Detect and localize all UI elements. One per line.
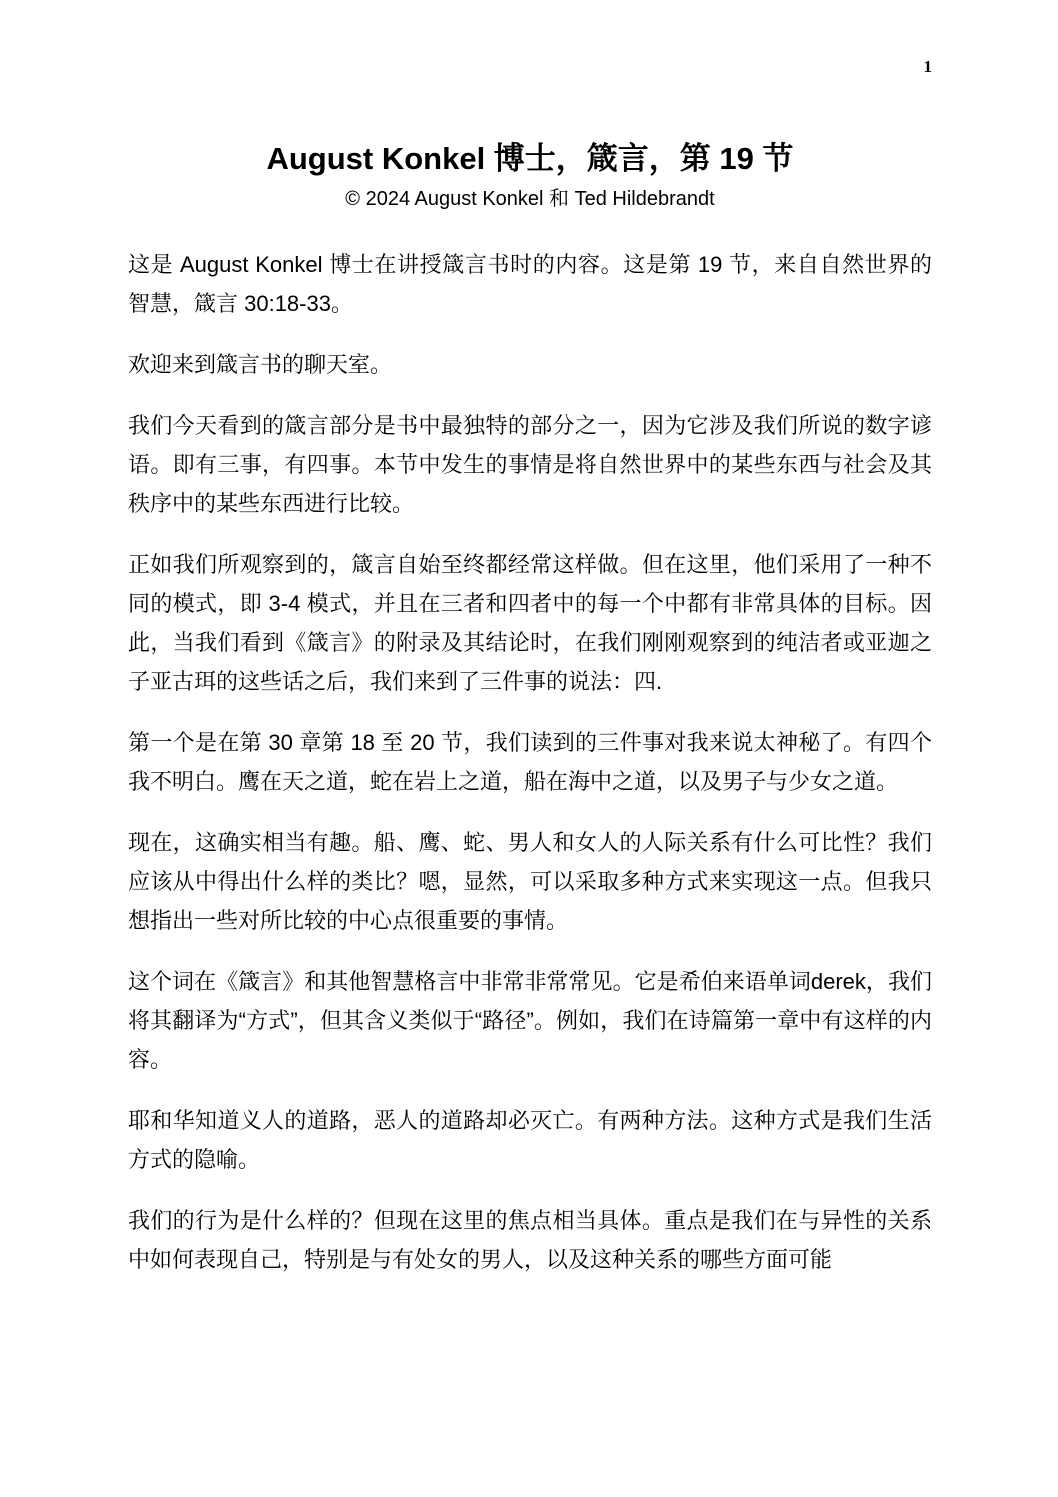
paragraph-two-ways: 耶和华知道义人的道路，恶人的道路却必灭亡。有两种方法。这种方式是我们生活方式的隐…: [128, 1101, 932, 1179]
paragraph-derek: 这个词在《箴言》和其他智慧格言中非常非常常见。它是希伯来语单词derek，我们将…: [128, 962, 932, 1079]
paragraph-welcome: 欢迎来到箴言书的聊天室。: [128, 345, 932, 384]
paragraph-comparison: 现在，这确实相当有趣。船、鹰、蛇、男人和女人的人际关系有什么可比性？我们应该从中…: [128, 823, 932, 940]
document-page: 1 August Konkel 博士，箴言，第 19 节 © 2024 Augu…: [0, 0, 1058, 1497]
document-body: 这是 August Konkel 博士在讲授箴言书时的内容。这是第 19 节，来…: [128, 245, 932, 1279]
document-title: August Konkel 博士，箴言，第 19 节: [128, 138, 932, 180]
paragraph-intro: 这是 August Konkel 博士在讲授箴言书时的内容。这是第 19 节，来…: [128, 245, 932, 323]
paragraph-3-4-pattern: 正如我们所观察到的，箴言自始至终都经常这样做。但在这里，他们采用了一种不同的模式…: [128, 545, 932, 701]
document-copyright-subtitle: © 2024 August Konkel 和 Ted Hildebrandt: [128, 185, 932, 213]
paragraph-numeric-proverbs: 我们今天看到的箴言部分是书中最独特的部分之一，因为它涉及我们所说的数字谚语。即有…: [128, 406, 932, 523]
paragraph-conduct: 我们的行为是什么样的？但现在这里的焦点相当具体。重点是我们在与异性的关系中如何表…: [128, 1201, 932, 1279]
page-number: 1: [128, 56, 932, 78]
paragraph-three-things: 第一个是在第 30 章第 18 至 20 节，我们读到的三件事对我来说太神秘了。…: [128, 723, 932, 801]
